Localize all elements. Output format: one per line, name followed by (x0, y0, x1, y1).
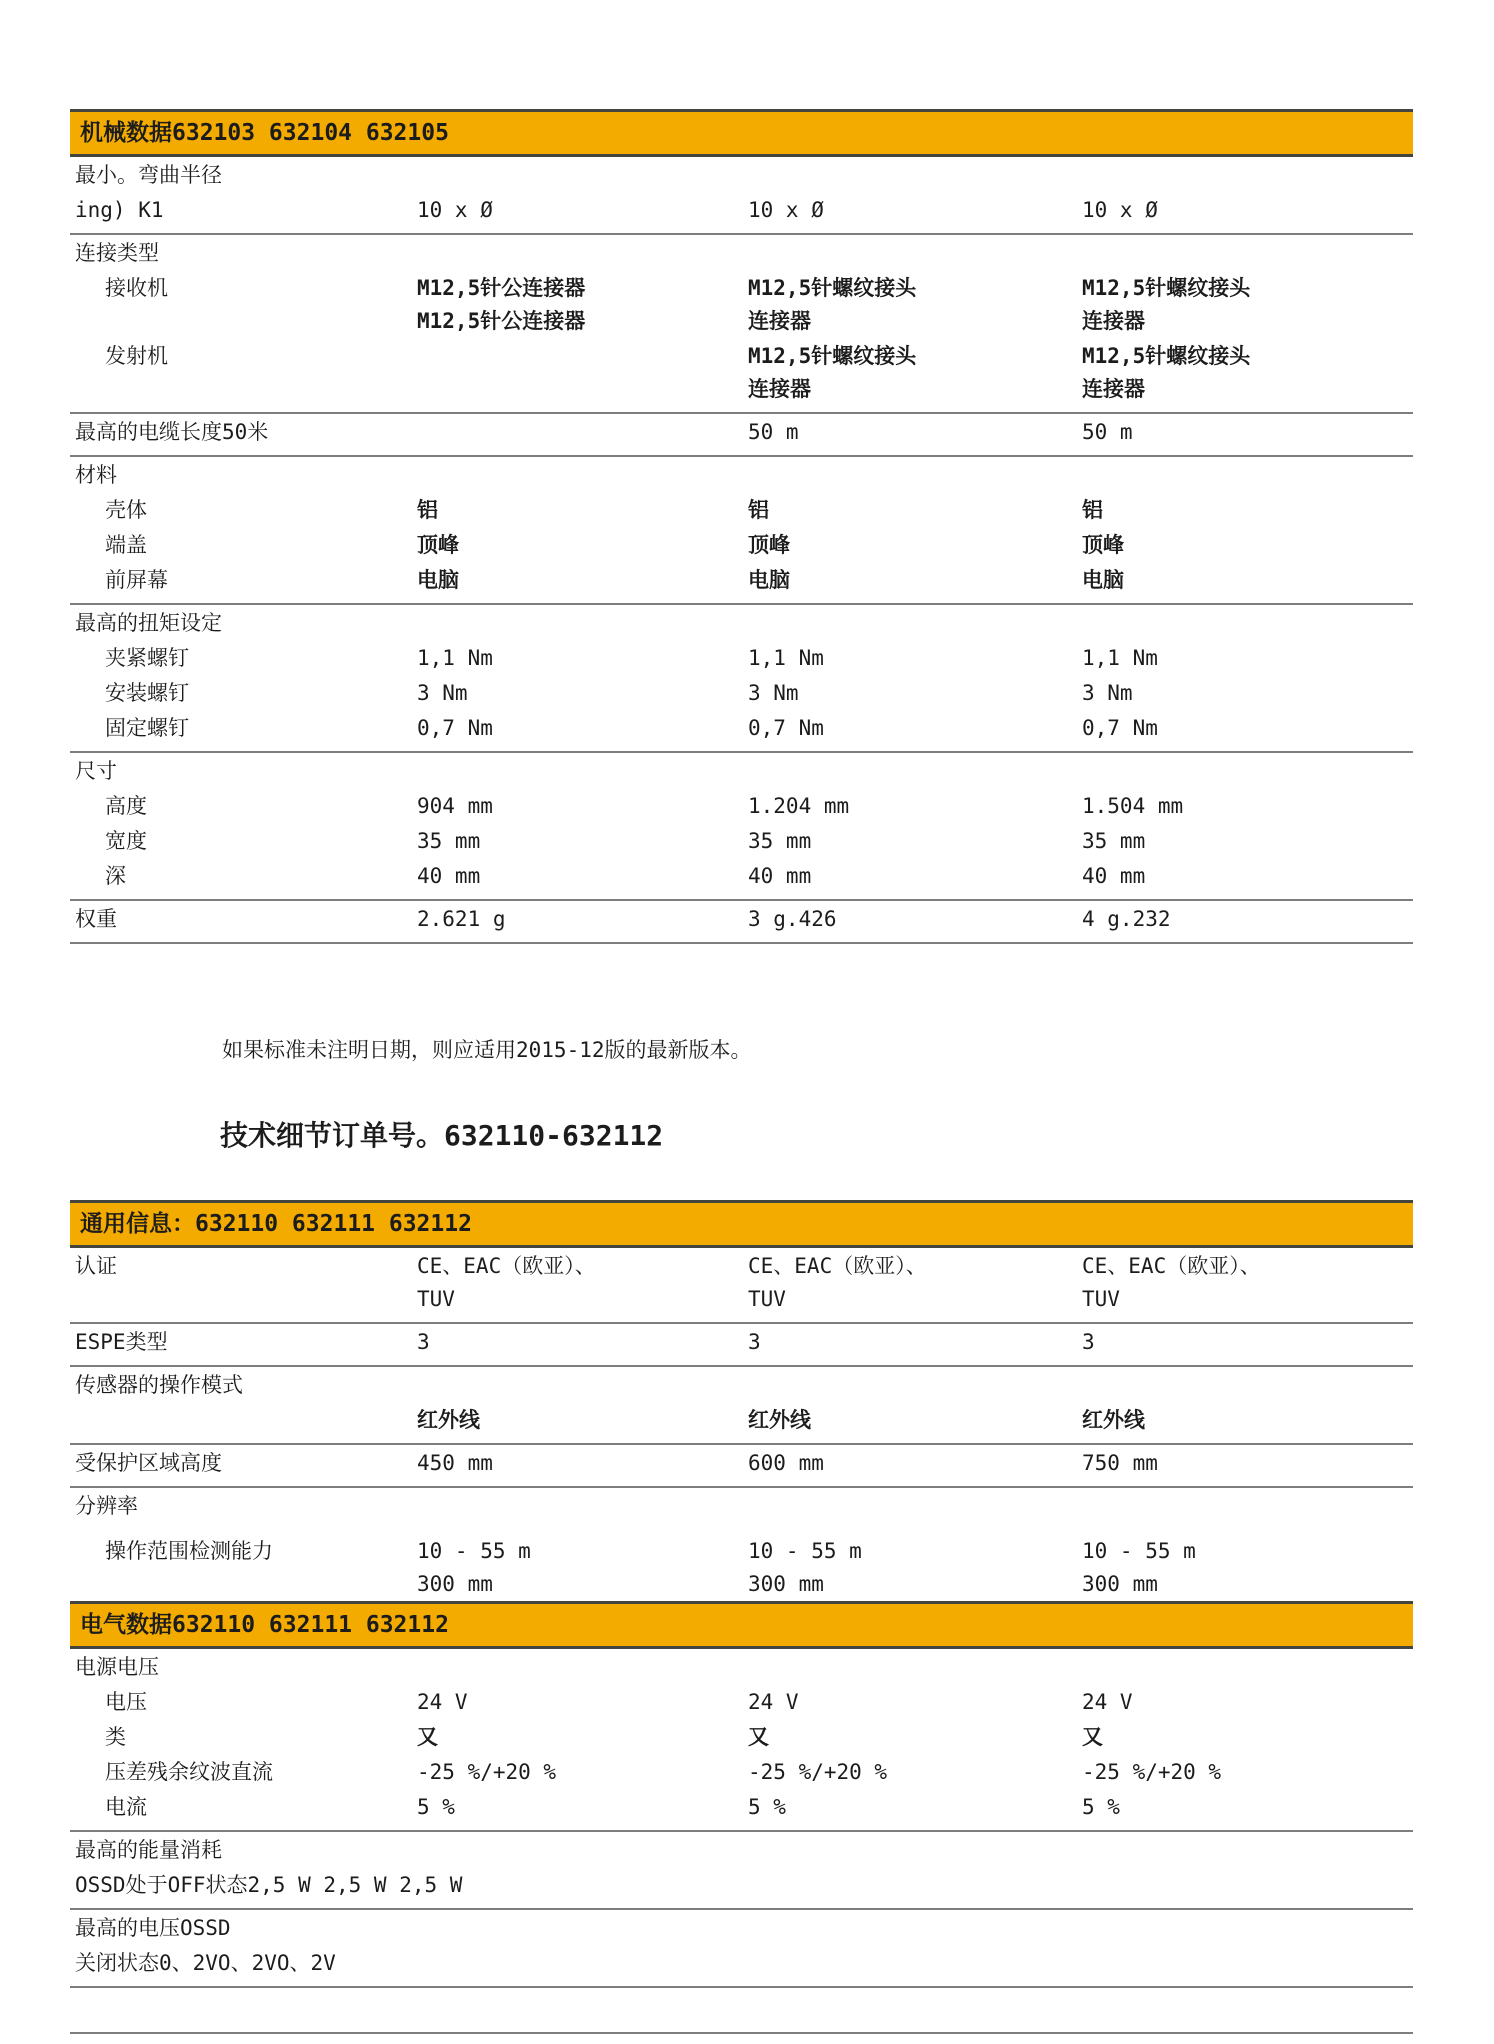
value-line: 3 (1082, 1326, 1413, 1359)
row-value: 40 mm (748, 860, 1082, 893)
row-value: CE、EAC（欧亚）、TUV (748, 1250, 1082, 1316)
value-line: 3 Nm (1082, 677, 1413, 710)
row-value: 顶峰 (748, 529, 1082, 562)
row-label: 端盖 (70, 529, 417, 562)
row-value: 3 Nm (748, 677, 1082, 710)
row-label: 前屏幕 (70, 564, 417, 597)
row-label: OSSD处于OFF状态2,5 W 2,5 W 2,5 W (70, 1869, 1413, 1902)
table-header-mechanical: 机械数据632103 632104 632105 (70, 109, 1413, 157)
value-line: 电脑 (417, 564, 748, 597)
value-line: 10 - 55 m (1082, 1535, 1413, 1568)
value-line: 电脑 (748, 564, 1082, 597)
value-line: 5 % (417, 1791, 748, 1824)
value-line: 5 % (748, 1791, 1082, 1824)
row-value: 600 mm (748, 1447, 1082, 1480)
value-line: 又 (417, 1721, 748, 1754)
row-value: 电脑 (417, 564, 748, 597)
value-line: 铝 (748, 494, 1082, 527)
row-label: 关闭状态0、2VO、2VO、2V (70, 1947, 1413, 1980)
row-label: 深 (70, 860, 417, 893)
spec-row: 发射机M12,5针螺纹接头连接器M12,5针螺纹接头连接器 (70, 338, 1413, 414)
row-value: 50 m (1082, 416, 1413, 449)
spec-row: 安装螺钉3 Nm3 Nm3 Nm (70, 675, 1413, 710)
row-label: 最高的能量消耗 (70, 1834, 1413, 1867)
row-label: 电源电压 (70, 1651, 1413, 1684)
value-line: 35 mm (1082, 825, 1413, 858)
row-value: 0,7 Nm (748, 712, 1082, 745)
value-line: 1,1 Nm (1082, 642, 1413, 675)
value-line: 600 mm (748, 1447, 1082, 1480)
row-value: M12,5针螺纹接头连接器 (1082, 340, 1413, 406)
spec-row: 受保护区域高度450 mm600 mm750 mm (70, 1445, 1413, 1488)
row-value: 铝 (748, 494, 1082, 527)
row-label: 壳体 (70, 494, 417, 527)
row-value: CE、EAC（欧亚）、TUV (1082, 1250, 1413, 1316)
value-line: 40 mm (748, 860, 1082, 893)
value-line: M12,5针螺纹接头 (1082, 272, 1413, 305)
row-value: 5 % (748, 1791, 1082, 1824)
row-value: 10 x Ø (417, 194, 748, 227)
row-label: 宽度 (70, 825, 417, 858)
row-label: 连接类型 (70, 237, 1413, 270)
value-line: 0,7 Nm (417, 712, 748, 745)
spec-row: 电压24 V24 V24 V (70, 1684, 1413, 1719)
value-line: 3 Nm (748, 677, 1082, 710)
spec-row: 电源电压 (70, 1649, 1413, 1684)
bottom-partial-divider (70, 2032, 1413, 2034)
value-line: 10 - 55 m (417, 1535, 748, 1568)
row-value: 10 - 55 m300 mm (748, 1535, 1082, 1601)
row-label: 最小。弯曲半径 (70, 159, 1413, 192)
value-line: 50 m (748, 416, 1082, 449)
value-line: CE、EAC（欧亚）、 (1082, 1250, 1413, 1283)
spec-row: 最小。弯曲半径 (70, 157, 1413, 192)
row-value: 35 mm (417, 825, 748, 858)
row-label: 尺寸 (70, 755, 1413, 788)
value-line: 顶峰 (1082, 529, 1413, 562)
row-value: 750 mm (1082, 1447, 1413, 1480)
value-line: 红外线 (1082, 1404, 1413, 1437)
value-line: 40 mm (1082, 860, 1413, 893)
row-value: M12,5针螺纹接头连接器 (748, 340, 1082, 406)
spec-row: OSSD处于OFF状态2,5 W 2,5 W 2,5 W (70, 1867, 1413, 1910)
value-line: 904 mm (417, 790, 748, 823)
row-label: 材料 (70, 459, 1413, 492)
value-line: 5 % (1082, 1791, 1413, 1824)
row-value: -25 %/+20 % (1082, 1756, 1413, 1789)
value-line: 铝 (1082, 494, 1413, 527)
row-value: 5 % (417, 1791, 748, 1824)
value-line: -25 %/+20 % (748, 1756, 1082, 1789)
value-line: 1.204 mm (748, 790, 1082, 823)
row-label: ESPE类型 (70, 1326, 417, 1359)
value-line: 10 - 55 m (748, 1535, 1082, 1568)
row-value: 铝 (417, 494, 748, 527)
row-value (417, 416, 748, 449)
row-value: 电脑 (748, 564, 1082, 597)
row-value: 1,1 Nm (748, 642, 1082, 675)
row-label: 压差残余纹波直流 (70, 1756, 417, 1789)
row-value: 40 mm (417, 860, 748, 893)
row-value: 3 (748, 1326, 1082, 1359)
spec-row: 壳体铝铝铝 (70, 492, 1413, 527)
row-value: 10 x Ø (748, 194, 1082, 227)
row-label: 电流 (70, 1791, 417, 1824)
row-label: 最高的电缆长度50米 (70, 416, 417, 449)
value-line: 3 Nm (417, 677, 748, 710)
value-line: 3 (417, 1326, 748, 1359)
spec-row: ESPE类型333 (70, 1324, 1413, 1367)
value-line: M12,5针公连接器 (417, 305, 748, 338)
spec-row: 高度904 mm1.204 mm1.504 mm (70, 788, 1413, 823)
spec-row: 权重2.621 g3 g.4264 g.232 (70, 901, 1413, 944)
table-header-general-info: 通用信息：632110 632111 632112 (70, 1200, 1413, 1248)
value-line: 顶峰 (417, 529, 748, 562)
row-value: M12,5针螺纹接头连接器 (1082, 272, 1413, 338)
value-line: 24 V (417, 1686, 748, 1719)
spec-row: 最高的电缆长度50米50 m50 m (70, 414, 1413, 457)
value-line: M12,5针公连接器 (417, 272, 748, 305)
value-line: 红外线 (748, 1404, 1082, 1437)
value-line: 又 (748, 1721, 1082, 1754)
spec-row: 前屏幕电脑电脑电脑 (70, 562, 1413, 605)
row-value: 又 (748, 1721, 1082, 1754)
table-header-electrical: 电气数据632110 632111 632112 (70, 1601, 1413, 1649)
row-value: 24 V (417, 1686, 748, 1719)
row-value: 0,7 Nm (417, 712, 748, 745)
row-label: 电压 (70, 1686, 417, 1719)
spec-row: 类又又又 (70, 1719, 1413, 1754)
value-line: 电脑 (1082, 564, 1413, 597)
row-value: M12,5针公连接器M12,5针公连接器 (417, 272, 748, 338)
spec-row: 操作范围检测能力10 - 55 m300 mm10 - 55 m300 mm10… (70, 1523, 1413, 1601)
value-line: 750 mm (1082, 1447, 1413, 1480)
row-value: 又 (1082, 1721, 1413, 1754)
row-label: 高度 (70, 790, 417, 823)
section-heading: 技术细节订单号。632110-632112 (220, 1118, 1413, 1154)
value-line: 3 g.426 (748, 903, 1082, 936)
row-value: 3 Nm (417, 677, 748, 710)
value-line: M12,5针螺纹接头 (1082, 340, 1413, 373)
spec-row: 尺寸 (70, 753, 1413, 788)
row-label: ing) K1 (70, 194, 417, 227)
row-label: 操作范围检测能力 (70, 1535, 417, 1601)
spec-row: 最高的电压OSSD (70, 1910, 1413, 1945)
row-value: 10 - 55 m300 mm (1082, 1535, 1413, 1601)
row-label: 权重 (70, 903, 417, 936)
row-value: -25 %/+20 % (748, 1756, 1082, 1789)
row-value: 35 mm (748, 825, 1082, 858)
row-value: M12,5针螺纹接头连接器 (748, 272, 1082, 338)
spec-row: ing) K110 x Ø10 x Ø10 x Ø (70, 192, 1413, 235)
value-line: 连接器 (748, 373, 1082, 406)
row-value: -25 %/+20 % (417, 1756, 748, 1789)
spec-row: 分辨率 (70, 1488, 1413, 1523)
table-rows: 电源电压电压24 V24 V24 V类又又又压差残余纹波直流-25 %/+20 … (70, 1649, 1413, 1988)
value-line: 40 mm (417, 860, 748, 893)
row-value: 电脑 (1082, 564, 1413, 597)
row-value: 3 (1082, 1326, 1413, 1359)
row-value: 5 % (1082, 1791, 1413, 1824)
row-label: 分辨率 (70, 1490, 1413, 1523)
value-line: 顶峰 (748, 529, 1082, 562)
row-value: 904 mm (417, 790, 748, 823)
row-value: 1,1 Nm (417, 642, 748, 675)
row-label: 固定螺钉 (70, 712, 417, 745)
row-value: 3 g.426 (748, 903, 1082, 936)
value-line: 连接器 (1082, 373, 1413, 406)
value-line: TUV (748, 1283, 1082, 1316)
spec-row: 深40 mm40 mm40 mm (70, 858, 1413, 901)
spec-row: 压差残余纹波直流-25 %/+20 %-25 %/+20 %-25 %/+20 … (70, 1754, 1413, 1789)
value-line: 3 (748, 1326, 1082, 1359)
row-value: 24 V (1082, 1686, 1413, 1719)
spec-row: 最高的扭矩设定 (70, 605, 1413, 640)
row-value: 0,7 Nm (1082, 712, 1413, 745)
row-value: 铝 (1082, 494, 1413, 527)
spec-row: 最高的能量消耗 (70, 1832, 1413, 1867)
row-value: 10 x Ø (1082, 194, 1413, 227)
value-line: M12,5针螺纹接头 (748, 272, 1082, 305)
row-label: 最高的扭矩设定 (70, 607, 1413, 640)
value-line: 10 x Ø (417, 194, 748, 227)
value-line: 连接器 (1082, 305, 1413, 338)
spec-row: 端盖顶峰顶峰顶峰 (70, 527, 1413, 562)
row-label: 发射机 (70, 340, 417, 406)
row-label: 类 (70, 1721, 417, 1754)
standards-note: 如果标准未注明日期，则应适用2015-12版的最新版本。 (222, 1036, 1413, 1064)
spec-row: 材料 (70, 457, 1413, 492)
value-line: 4 g.232 (1082, 903, 1413, 936)
value-line: -25 %/+20 % (417, 1756, 748, 1789)
value-line: -25 %/+20 % (1082, 1756, 1413, 1789)
row-value: 红外线 (417, 1404, 748, 1437)
row-value: 4 g.232 (1082, 903, 1413, 936)
spec-row: 传感器的操作模式 (70, 1367, 1413, 1402)
value-line: 300 mm (417, 1568, 748, 1601)
row-value: 3 Nm (1082, 677, 1413, 710)
value-line: 2.621 g (417, 903, 748, 936)
row-value (417, 340, 748, 406)
row-label: 受保护区域高度 (70, 1447, 417, 1480)
value-line: 450 mm (417, 1447, 748, 1480)
row-value: 1.204 mm (748, 790, 1082, 823)
spec-row: 电流5 %5 %5 % (70, 1789, 1413, 1832)
spec-row: 夹紧螺钉1,1 Nm1,1 Nm1,1 Nm (70, 640, 1413, 675)
row-value: 50 m (748, 416, 1082, 449)
row-value: 红外线 (1082, 1404, 1413, 1437)
row-value: 40 mm (1082, 860, 1413, 893)
value-line: CE、EAC（欧亚）、 (417, 1250, 748, 1283)
row-label: 接收机 (70, 272, 417, 338)
value-line: 铝 (417, 494, 748, 527)
row-label (70, 1404, 417, 1437)
spec-row: 红外线红外线红外线 (70, 1402, 1413, 1445)
row-value: 35 mm (1082, 825, 1413, 858)
row-value: 顶峰 (417, 529, 748, 562)
document-page: 机械数据632103 632104 632105 最小。弯曲半径ing) K11… (70, 109, 1413, 2034)
value-line: 24 V (748, 1686, 1082, 1719)
row-value: 3 (417, 1326, 748, 1359)
value-line: 红外线 (417, 1404, 748, 1437)
value-line: 300 mm (1082, 1568, 1413, 1601)
value-line: 1.504 mm (1082, 790, 1413, 823)
general-info-table: 通用信息：632110 632111 632112 认证CE、EAC（欧亚）、T… (70, 1200, 1413, 1601)
row-label: 最高的电压OSSD (70, 1912, 1413, 1945)
value-line: 50 m (1082, 416, 1413, 449)
spec-row: 接收机M12,5针公连接器M12,5针公连接器M12,5针螺纹接头连接器M12,… (70, 270, 1413, 338)
value-line: 0,7 Nm (748, 712, 1082, 745)
row-value: 红外线 (748, 1404, 1082, 1437)
row-label: 传感器的操作模式 (70, 1369, 1413, 1402)
row-label: 认证 (70, 1250, 417, 1316)
spec-row: 宽度35 mm35 mm35 mm (70, 823, 1413, 858)
row-value: 顶峰 (1082, 529, 1413, 562)
value-line: M12,5针螺纹接头 (748, 340, 1082, 373)
value-line: 1,1 Nm (748, 642, 1082, 675)
table-rows: 认证CE、EAC（欧亚）、TUVCE、EAC（欧亚）、TUVCE、EAC（欧亚）… (70, 1248, 1413, 1601)
row-value: 又 (417, 1721, 748, 1754)
value-line: 1,1 Nm (417, 642, 748, 675)
value-line: TUV (417, 1283, 748, 1316)
spec-row: 固定螺钉0,7 Nm0,7 Nm0,7 Nm (70, 710, 1413, 753)
value-line: 300 mm (748, 1568, 1082, 1601)
value-line: 连接器 (748, 305, 1082, 338)
electrical-data-table: 电气数据632110 632111 632112 电源电压电压24 V24 V2… (70, 1601, 1413, 1988)
row-value: 1.504 mm (1082, 790, 1413, 823)
value-line: 又 (1082, 1721, 1413, 1754)
value-line: 0,7 Nm (1082, 712, 1413, 745)
value-line: 10 x Ø (1082, 194, 1413, 227)
value-line: CE、EAC（欧亚）、 (748, 1250, 1082, 1283)
value-line: 35 mm (748, 825, 1082, 858)
row-value: 2.621 g (417, 903, 748, 936)
value-line: 10 x Ø (748, 194, 1082, 227)
value-line: 35 mm (417, 825, 748, 858)
row-label: 安装螺钉 (70, 677, 417, 710)
spec-row: 连接类型 (70, 235, 1413, 270)
row-value: 450 mm (417, 1447, 748, 1480)
row-value: CE、EAC（欧亚）、TUV (417, 1250, 748, 1316)
table-rows: 最小。弯曲半径ing) K110 x Ø10 x Ø10 x Ø连接类型接收机M… (70, 157, 1413, 944)
spec-row: 关闭状态0、2VO、2VO、2V (70, 1945, 1413, 1988)
value-line: 24 V (1082, 1686, 1413, 1719)
row-value: 24 V (748, 1686, 1082, 1719)
row-value: 1,1 Nm (1082, 642, 1413, 675)
mechanical-data-table: 机械数据632103 632104 632105 最小。弯曲半径ing) K11… (70, 109, 1413, 944)
value-line: TUV (1082, 1283, 1413, 1316)
row-value: 10 - 55 m300 mm (417, 1535, 748, 1601)
spec-row: 认证CE、EAC（欧亚）、TUVCE、EAC（欧亚）、TUVCE、EAC（欧亚）… (70, 1248, 1413, 1324)
row-label: 夹紧螺钉 (70, 642, 417, 675)
